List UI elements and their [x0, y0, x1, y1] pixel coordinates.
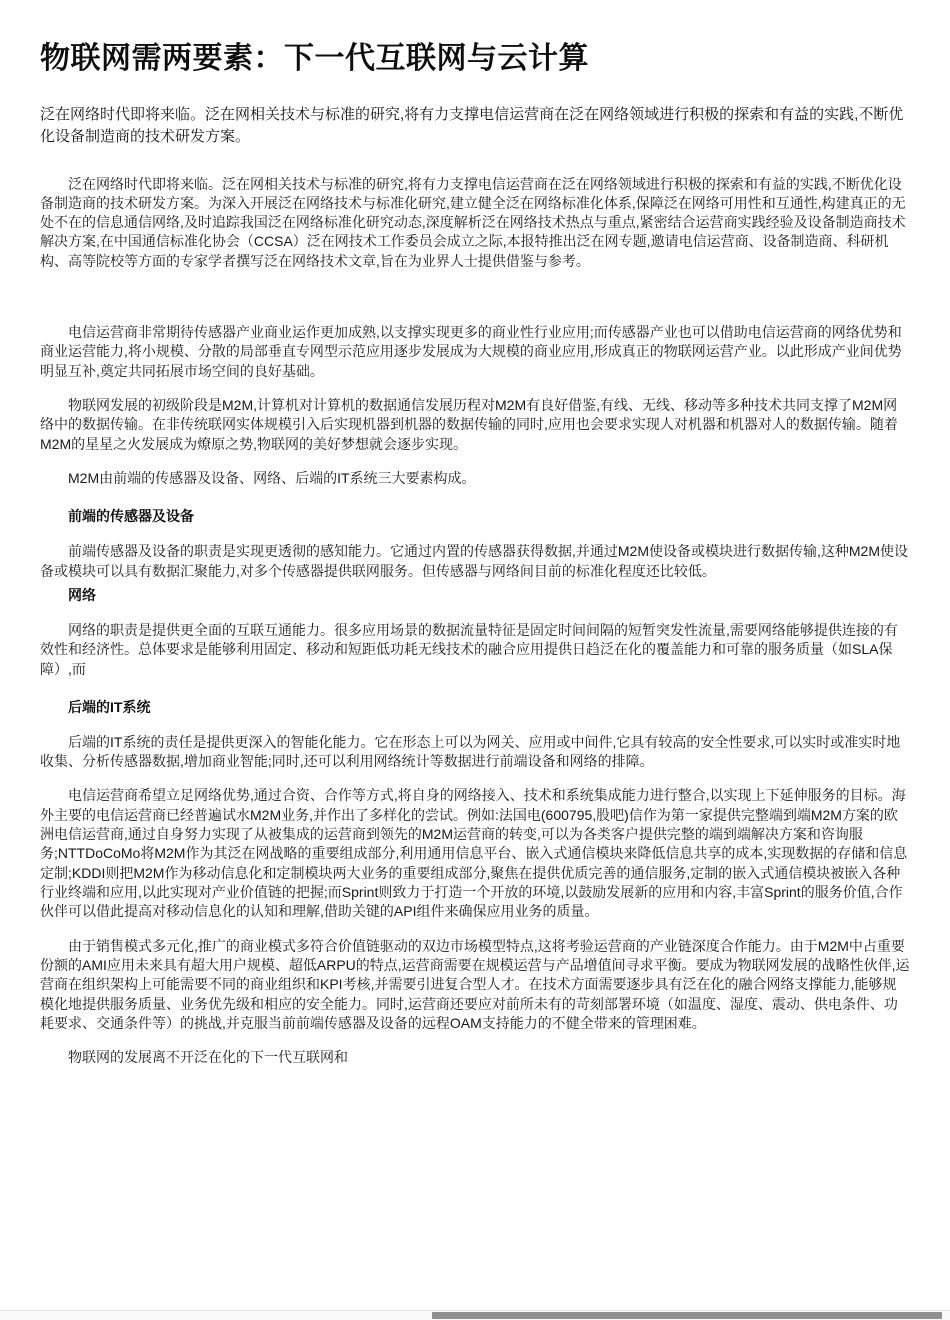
article-paragraph: 电信运营商希望立足网络优势,通过合资、合作等方式,将自身的网络接入、技术和系统集… — [40, 786, 910, 921]
article-paragraph: 物联网的发展离不开泛在化的下一代互联网和 — [40, 1048, 910, 1067]
article-paragraph: 电信运营商非常期待传感器产业商业运作更加成熟,以支撑实现更多的商业性行业应用;而… — [40, 323, 910, 381]
section-heading-backend-it: 后端的IT系统 — [40, 697, 910, 717]
article-paragraph: 网络的职责是提供更全面的互联互通能力。很多应用场景的数据流量特征是固定时间间隔的… — [40, 621, 910, 679]
article-content: 物联网需两要素：下一代互联网与云计算 泛在网络时代即将来临。泛在网相关技术与标准… — [0, 0, 950, 1068]
horizontal-scrollbar-track[interactable] — [0, 1310, 950, 1320]
article-paragraph: 由于销售模式多元化,推广的商业模式多符合价值链驱动的双边市场模型特点,这将考验运… — [40, 937, 910, 1034]
section-heading-front-sensors: 前端的传感器及设备 — [40, 506, 910, 526]
article-paragraph: 泛在网络时代即将来临。泛在网相关技术与标准的研究,将有力支撑电信运营商在泛在网络… — [40, 175, 910, 272]
article-paragraph: 后端的IT系统的责任是提供更深入的智能化能力。它在形态上可以为网关、应用或中间件… — [40, 733, 910, 772]
section-heading-network: 网络 — [40, 585, 910, 605]
article-paragraph: 前端传感器及设备的职责是实现更透彻的感知能力。它通过内置的传感器获得数据,并通过… — [40, 542, 910, 581]
article-paragraph: M2M由前端的传感器及设备、网络、后端的IT系统三大要素构成。 — [40, 469, 910, 488]
document-page: 物联网需两要素：下一代互联网与云计算 泛在网络时代即将来临。泛在网相关技术与标准… — [0, 0, 950, 1320]
article-paragraph: 物联网发展的初级阶段是M2M,计算机对计算机的数据通信发展历程对M2M有良好借鉴… — [40, 396, 910, 454]
article-title: 物联网需两要素：下一代互联网与云计算 — [40, 40, 910, 78]
horizontal-scrollbar-thumb[interactable] — [432, 1312, 942, 1319]
article-lede: 泛在网络时代即将来临。泛在网相关技术与标准的研究,将有力支撑电信运营商在泛在网络… — [40, 104, 910, 149]
